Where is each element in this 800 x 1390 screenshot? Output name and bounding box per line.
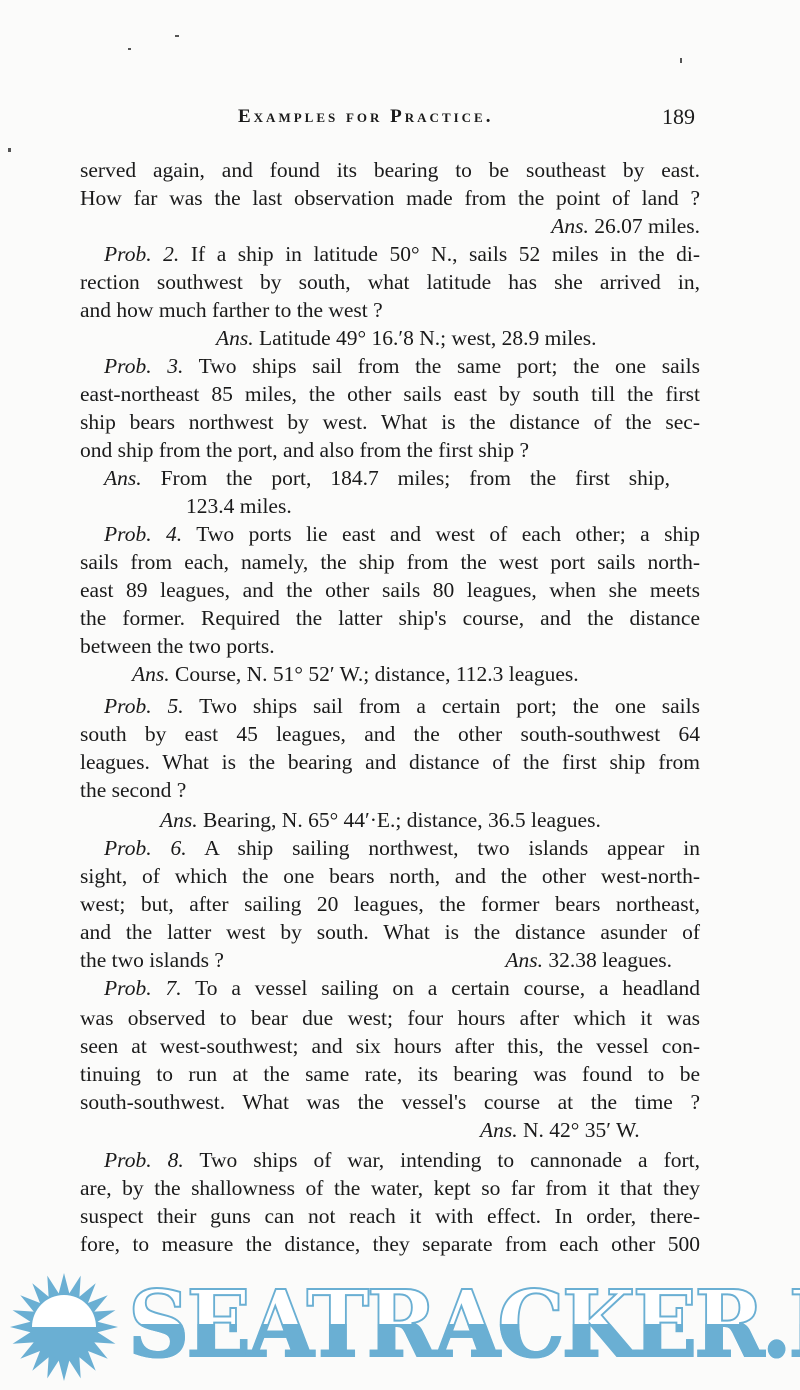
- scan-speck: [680, 58, 682, 63]
- text-line: and the latter west by south. What is th…: [80, 918, 700, 946]
- text-line: sight, of which the one bears north, and…: [80, 862, 700, 890]
- text-line: was observed to bear due west; four hour…: [80, 1004, 700, 1032]
- text-line: sails from each, namely, the ship from t…: [80, 548, 700, 576]
- problem-line: Prob. 4. Two ports lie east and west of …: [104, 520, 700, 548]
- prob-label: Prob. 5.: [104, 694, 184, 718]
- text-line: east 89 leagues, and the other sails 80 …: [80, 576, 700, 604]
- page-number: 189: [662, 104, 695, 130]
- text-line: How far was the last observation made fr…: [80, 184, 700, 212]
- text-line: served again, and found its bearing to b…: [80, 156, 700, 184]
- text-line: suspect their guns can not reach it with…: [80, 1202, 700, 1230]
- problem-line: Prob. 8. Two ships of war, intending to …: [104, 1146, 700, 1174]
- text-line: ship bears northwest by west. What is th…: [80, 408, 700, 436]
- answer-line: 123.4 miles.: [186, 492, 586, 520]
- ans-label: Ans.: [505, 948, 543, 972]
- text-line: seen at west-southwest; and six hours af…: [80, 1032, 700, 1060]
- ans-label: Ans.: [216, 326, 254, 350]
- answer-line: Ans. N. 42° 35′ W.: [480, 1116, 700, 1144]
- ans-label: Ans.: [104, 466, 142, 490]
- text-line: west; but, after sailing 20 leagues, the…: [80, 890, 700, 918]
- ans-label: Ans.: [551, 214, 589, 238]
- text-line: east-northeast 85 miles, the other sails…: [80, 380, 700, 408]
- text-line: and how much farther to the west ?: [80, 296, 700, 324]
- text-line: fore, to measure the distance, they sepa…: [80, 1230, 700, 1258]
- answer-line: Ans. From the port, 184.7 miles; from th…: [104, 464, 670, 492]
- running-title: Examples for Practice.: [238, 106, 493, 128]
- running-header: Examples for Practice. 189: [0, 106, 800, 136]
- ans-label: Ans.: [132, 662, 170, 686]
- text-line: tinuing to run at the same rate, its bea…: [80, 1060, 700, 1088]
- text-line: are, by the shallowness of the water, ke…: [80, 1174, 700, 1202]
- prob-label: Prob. 2.: [104, 242, 179, 266]
- scan-speck: [128, 48, 131, 50]
- prob-label: Prob. 3.: [104, 354, 183, 378]
- answer-line: Ans. Latitude 49° 16.′8 N.; west, 28.9 m…: [216, 324, 700, 352]
- sun-icon: [4, 1272, 124, 1382]
- answer-line: Ans. 26.07 miles.: [80, 212, 700, 240]
- answer-inline: Ans. 32.38 leagues.: [505, 946, 672, 974]
- prob-label: Prob. 8.: [104, 1148, 184, 1172]
- book-page: Examples for Practice. 189 served again,…: [0, 0, 800, 1390]
- prob-label: Prob. 6.: [104, 836, 187, 860]
- text-line: leagues. What is the bearing and distanc…: [80, 748, 700, 776]
- text-line: rection southwest by south, what latitud…: [80, 268, 700, 296]
- text-line: south by east 45 leagues, and the other …: [80, 720, 700, 748]
- watermark-logo: SEATRACKER.RU: [0, 1272, 800, 1382]
- problem-line: Prob. 7. To a vessel sailing on a certai…: [104, 974, 700, 1002]
- problem-line: Prob. 6. A ship sailing northwest, two i…: [104, 834, 700, 862]
- scan-speck: [8, 148, 11, 152]
- text-line: south-southwest. What was the vessel's c…: [80, 1088, 700, 1116]
- problem-line: Prob. 2. If a ship in latitude 50° N., s…: [104, 240, 700, 268]
- watermark-text: SEATRACKER.RU: [128, 1274, 800, 1374]
- text-line: the two islands ? Ans. 32.38 leagues.: [80, 946, 700, 974]
- answer-line: Ans. Bearing, N. 65° 44′·E.; distance, 3…: [160, 806, 700, 834]
- text-line: the second ?: [80, 776, 700, 804]
- ans-label: Ans.: [480, 1118, 518, 1142]
- text-line: ond ship from the port, and also from th…: [80, 436, 700, 464]
- answer-line: Ans. Course, N. 51° 52′ W.; distance, 11…: [132, 660, 700, 688]
- ans-label: Ans.: [160, 808, 198, 832]
- scan-speck: [175, 35, 179, 37]
- text-line: the former. Required the latter ship's c…: [80, 604, 700, 632]
- text-line: between the two ports.: [80, 632, 700, 660]
- problem-line: Prob. 5. Two ships sail from a certain p…: [104, 692, 700, 720]
- prob-label: Prob. 4.: [104, 522, 182, 546]
- problem-line: Prob. 3. Two ships sail from the same po…: [104, 352, 700, 380]
- prob-label: Prob. 7.: [104, 976, 182, 1000]
